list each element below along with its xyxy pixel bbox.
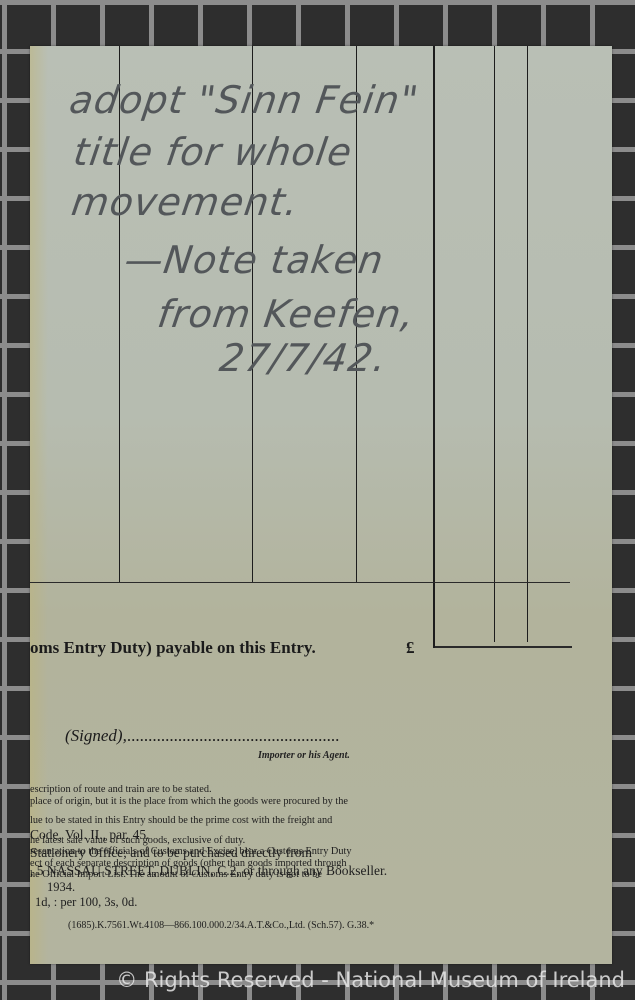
handwritten-line-2: title for whole: [71, 130, 355, 174]
signature-dots: ........................................…: [127, 726, 340, 745]
column-rule: [433, 46, 435, 648]
form-footer: Code, Vol. II., par. 45. Stationery Offi…: [30, 826, 387, 910]
total-box-bottom-rule: [435, 646, 572, 648]
note-line: place of origin, but it is the place fro…: [30, 796, 458, 808]
rights-watermark: © Rights Reserved - National Museum of I…: [0, 968, 635, 992]
table-bottom-rule: [30, 582, 570, 583]
handwritten-line-3: movement.: [69, 180, 302, 224]
signed-label: (Signed),: [65, 726, 127, 745]
footer-line: , 5 NASSAU STREET, DUBLIN, C.2, or throu…: [30, 862, 387, 880]
document-paper: adopt "Sinn Fein" title for whole moveme…: [30, 46, 612, 964]
note-line: escription of route and train are to be …: [30, 784, 458, 796]
handwritten-line-6: 27/7/42.: [217, 336, 390, 380]
column-rule: [494, 46, 495, 642]
footer-line: Stationery Office; and to be purchased d…: [30, 844, 387, 862]
handwritten-line-5: from Keefen,: [155, 292, 418, 336]
duty-payable-line: oms Entry Duty) payable on this Entry.: [30, 638, 316, 658]
column-rule: [119, 46, 120, 582]
pound-symbol: £: [406, 638, 415, 658]
footer-line: 1d, : per 100, 3s, 0d.: [30, 895, 387, 910]
handwritten-line-1: adopt "Sinn Fein": [67, 78, 422, 122]
signature-line: (Signed),...............................…: [65, 726, 339, 746]
footer-line: 1934.: [30, 880, 387, 895]
note-line: lue to be stated in this Entry should be…: [30, 815, 458, 827]
signature-caption: Importer or his Agent.: [258, 750, 350, 761]
column-rule: [527, 46, 528, 642]
note-line: [30, 807, 458, 815]
footer-line: Code, Vol. II., par. 45.: [30, 826, 387, 844]
handwritten-line-4: —Note taken: [122, 238, 387, 282]
printer-imprint: (1685).K.7561.Wt.4108—866.100.000.2/34.A…: [68, 920, 374, 931]
